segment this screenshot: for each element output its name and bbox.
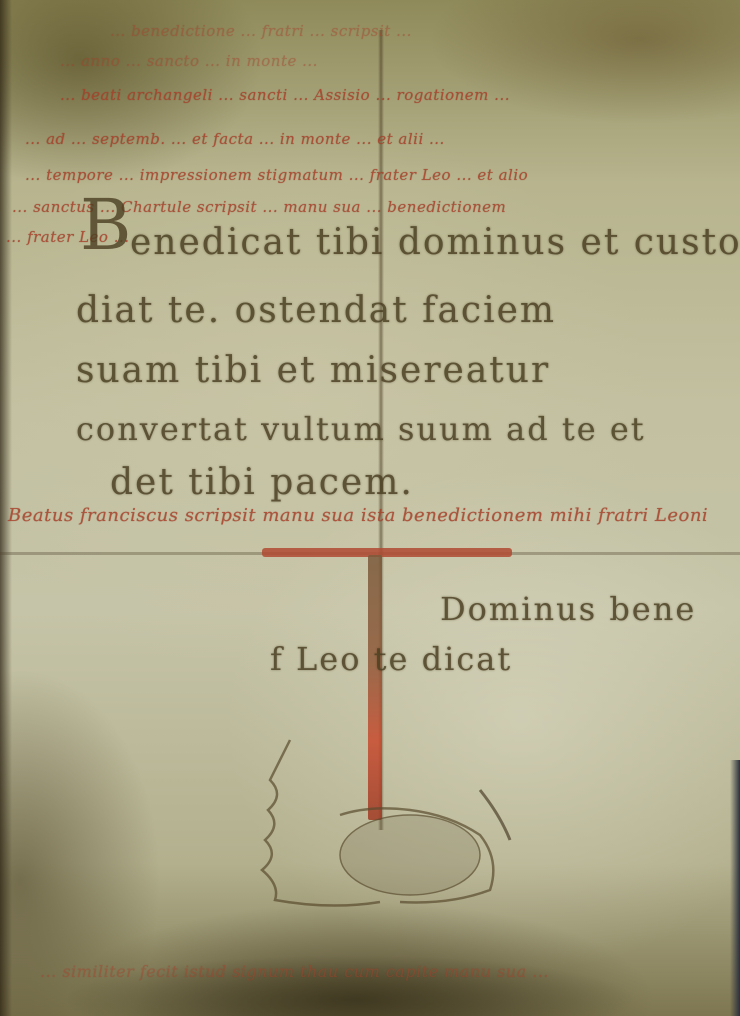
blessing-line-1: enedicat tibi dominus et custo [130,222,740,263]
lower-text-line-1: Dominus bene [440,590,696,628]
rubric-middle: Beatus franciscus scripsit manu sua ista… [8,505,708,526]
decorated-initial: B [80,190,131,260]
rubric-line-5: ... tempore ... impressionem stigmatum .… [25,166,528,184]
blessing-line-3: suam tibi et misereatur [76,350,550,391]
blessing-line-2: diat te. ostendat faciem [76,290,556,331]
head-drawing-icon [250,640,550,930]
rubric-bottom: ... similiter fecit istud signum thau cu… [40,962,549,981]
rubric-line-3: ... beati archangeli ... sancti ... Assi… [60,86,510,104]
rubric-line-4: ... ad ... septemb. ... et facta ... in … [25,130,445,148]
blessing-line-5: det tibi pacem. [110,462,414,503]
rubric-line-2: ... anno ... sancto ... in monte ... [60,52,318,70]
tau-cross-bar [262,548,512,557]
blessing-line-4: convertat vultum suum ad te et [76,410,646,448]
manuscript-parchment: ... benedictione ... fratri ... scripsit… [0,0,740,1016]
rubric-line-1: ... benedictione ... fratri ... scripsit… [110,22,412,40]
